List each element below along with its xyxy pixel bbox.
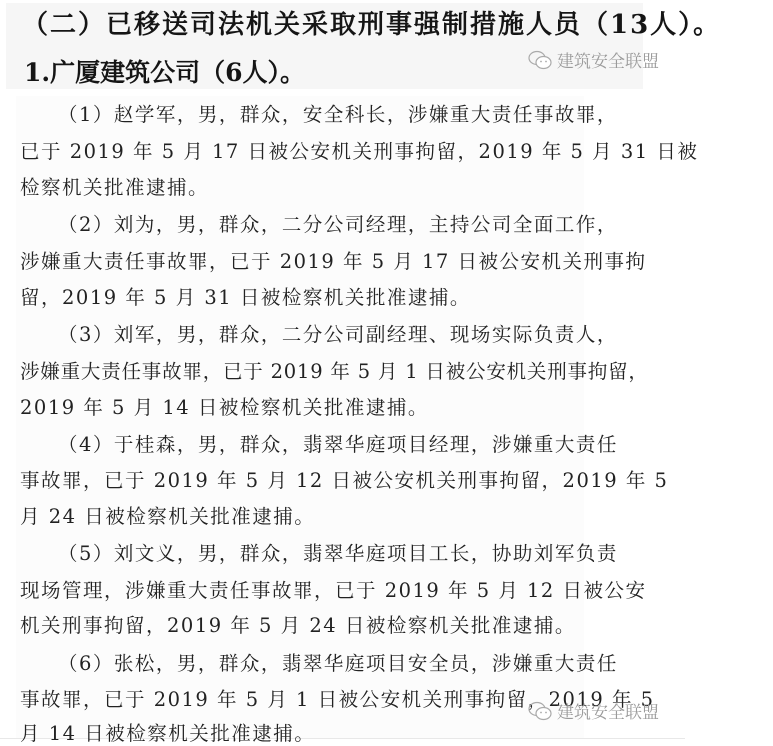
- wechat-icon: [527, 49, 553, 71]
- paragraph-1-line-2: 已于 2019 年 5 月 17 日被公安机关刑事拘留，2019 年 5 月 3…: [20, 136, 698, 164]
- paragraph-4-line-3: 月 24 日被检察机关批准逮捕。: [20, 501, 315, 529]
- watermark-text: 建筑安全联盟: [557, 47, 659, 72]
- wechat-icon: [527, 700, 553, 722]
- paragraph-3-line-2: 涉嫌重大责任事故罪，已于 2019 年 5 月 1 日被公安机关刑事拘留，: [20, 356, 649, 384]
- paragraph-4-line-2: 事故罪，已于 2019 年 5 月 12 日被公安机关刑事拘留，2019 年 5: [20, 465, 668, 493]
- watermark-bottom: 建筑安全联盟: [527, 698, 659, 723]
- paragraph-4-line-1: （4）于桂森，男，群众，翡翠华庭项目经理，涉嫌重大责任: [58, 429, 618, 457]
- paragraph-1-line-1: （1）赵学军，男，群众，安全科长，涉嫌重大责任事故罪，: [58, 99, 618, 127]
- paragraph-5-line-1: （5）刘文义，男，群众，翡翠华庭项目工长，协助刘军负责: [58, 538, 618, 566]
- sub-title: 1.广厦建筑公司（6人）。: [24, 53, 305, 89]
- paragraph-2-line-3: 留，2019 年 5 月 31 日被检察机关批准逮捕。: [20, 282, 471, 310]
- paragraph-2-line-1: （2）刘为，男，群众，二分公司经理，主持公司全面工作，: [58, 209, 618, 237]
- watermark-top: 建筑安全联盟: [527, 47, 659, 72]
- paragraph-5-line-3: 机关刑事拘留，2019 年 5 月 24 日被检察机关批准逮捕。: [20, 610, 576, 638]
- paragraph-3-line-1: （3）刘军，男，群众，二分公司副经理、现场实际负责人，: [58, 319, 618, 347]
- paragraph-2-line-2: 涉嫌重大责任事故罪，已于 2019 年 5 月 17 日被公安机关刑事拘: [20, 246, 647, 274]
- paragraph-3-line-3: 2019 年 5 月 14 日被检察机关批准逮捕。: [20, 392, 429, 420]
- paragraph-1-line-3: 检察机关批准逮捕。: [20, 172, 209, 200]
- paragraph-6-line-1: （6）张松，男，群众，翡翠华庭项目安全员，涉嫌重大责任: [58, 648, 618, 676]
- section-title: （二）已移送司法机关采取刑事强制措施人员（13人）。: [22, 4, 721, 41]
- paragraph-6-line-3: 月 14 日被检察机关批准逮捕。: [20, 718, 315, 746]
- paragraph-5-line-2: 现场管理，涉嫌重大责任事故罪，已于 2019 年 5 月 12 日被公安: [20, 575, 647, 603]
- watermark-text: 建筑安全联盟: [557, 698, 659, 723]
